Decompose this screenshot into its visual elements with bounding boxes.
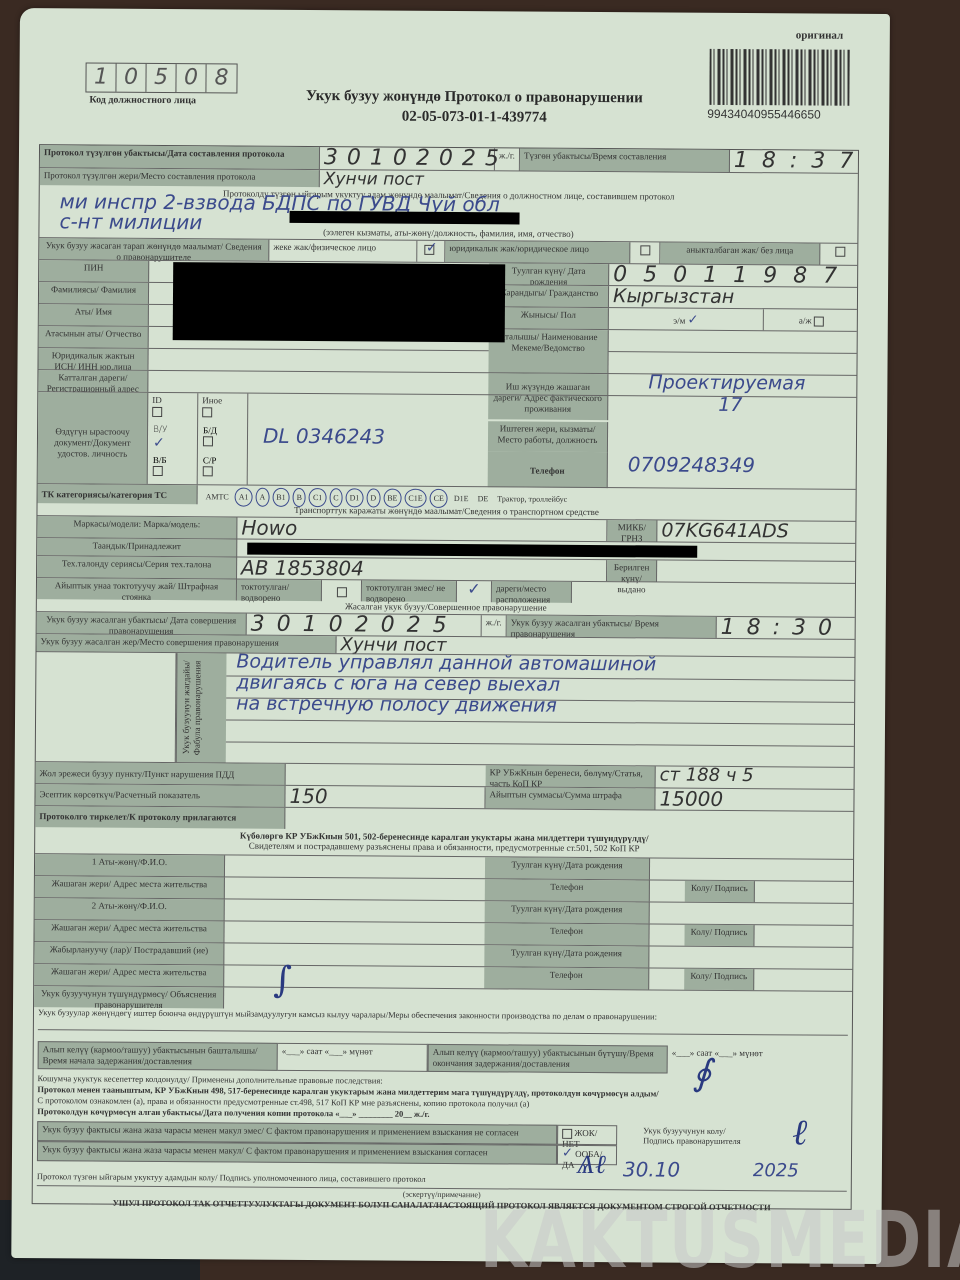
protocol-form: Протокол түзүлгөн убактысы/Дата составле…	[32, 144, 859, 1210]
dob-label: Туулган күнү/ Дата рождения	[489, 263, 609, 285]
type-unknown-checkbox[interactable]	[820, 244, 859, 265]
offender-header: Укук бузуу жасаган тарап жөнүндө маалыма…	[39, 238, 269, 261]
witness-table: 1 Аты-жөнү/Ф.И.О.Туулган күнү/Дата рожде…	[34, 853, 853, 1011]
offender-signature-label: Укук бузуучунун колу/ Подпись правонаруш…	[643, 1125, 753, 1146]
id-doc-option-bd[interactable]: Б/Д	[203, 425, 217, 446]
consent-row: Укук бузуу фактысы жана жаза чарасы мене…	[33, 1121, 851, 1167]
surname-label: Фамилиясы/ Фамилия	[39, 282, 149, 304]
witness-phone-label: Телефон	[484, 967, 649, 989]
offense-time-label: Укук бузуу жасалган убактысы/ Время прав…	[507, 615, 717, 637]
witness-phone-label: Телефон	[484, 923, 649, 945]
detention-row: Алып келүү (кармоо/ташуу) убактысынын ба…	[34, 1041, 852, 1075]
phone-value: 0709248349	[628, 452, 755, 477]
offense-plot-row: Укук бузуунун жагдайы/ Фабула правонаруш…	[36, 651, 855, 767]
attached-label: Протоколго тиркелет/К протоколу прилагаю…	[35, 806, 285, 829]
barcode	[709, 49, 849, 106]
plate-label: МИКБ/ГРНЗ	[607, 520, 657, 541]
witness-dob-label: Туулган күнү/Дата рождения	[484, 945, 649, 967]
sex-male[interactable]: э/м ✓	[609, 308, 764, 330]
not-impounded-label: токтотулган эмес/ не водворено	[362, 580, 457, 602]
redaction-block	[173, 262, 506, 342]
type-legal-checkbox[interactable]	[630, 242, 660, 263]
id-doc-row: Өздүгүн ырастоочу документ/Документ удос…	[38, 391, 857, 489]
calc-label: Эсептик көрсөткүч/Расчетный показатель	[35, 784, 285, 807]
plot-label: Укук бузуунун жагдайы/ Фабула правонаруш…	[176, 653, 227, 762]
witness-label: Укук бузуучунун түшүндүрмөсү/ Объяснения…	[34, 986, 224, 1008]
witness-label: Жабырлануучу (лар)/ Пострадавший (ие)	[34, 942, 224, 964]
offense-time-value: 18:30	[717, 617, 857, 639]
code-digit: 0	[176, 64, 206, 92]
reg-address-label: Катталган дареги/ Регистрационный адрес	[38, 370, 148, 392]
calc-value: 150	[285, 786, 485, 808]
type-legal-label: юридикалык жак/юридическое лицо	[445, 241, 630, 263]
no-option[interactable]: ЖОК/НЕТ	[557, 1125, 617, 1145]
witness-label: 1 Аты-жөнү/Ф.И.О.	[35, 854, 225, 876]
name-label: Аты/ Имя	[39, 304, 149, 326]
vehicle-model-value: Howo	[237, 518, 607, 542]
detention-end-label: Алып келүү (кармоо/ташуу) убактысынын бү…	[428, 1044, 668, 1074]
code-digit: 8	[206, 64, 236, 92]
vehicle-category-d1e[interactable]: D1E	[451, 490, 472, 507]
protocol-date-label: Протокол түзүлгөн убактысы/Дата составле…	[40, 145, 320, 169]
witness-label: Жашаган жери/ Адрес места жительства	[34, 920, 224, 942]
signature-offender-2: ℓ	[792, 1111, 807, 1153]
vehicle-category-de[interactable]: DE	[475, 490, 492, 507]
sign-year: 2025	[753, 1160, 799, 1181]
plate-value: 07KG641ADS	[657, 520, 857, 542]
id-doc-label: Өздүгүн ырастоочу документ/Документ удос…	[38, 392, 149, 484]
pdd-label: Жол эрежеси бузуу пункту/Пункт нарушения…	[36, 762, 286, 785]
attached-row: Протоколго тиркелет/К протоколу прилагаю…	[35, 805, 853, 833]
official-code-box: 1 0 5 0 8	[85, 62, 237, 93]
actual-address-line-1: Проектируемая	[648, 371, 805, 394]
pin-label: ПИН	[39, 260, 149, 282]
document-title: Укук бузуу жонүндө Протокол о правонаруш…	[274, 86, 674, 129]
location-label: дареги/место расположения	[492, 581, 572, 603]
witness-label: Жашаган жери/ Адрес места жительства	[34, 964, 224, 986]
title-text: Укук бузуу жонүндө Протокол о правонаруш…	[274, 86, 674, 109]
type-physical-checkbox[interactable]: ✓	[417, 241, 445, 262]
id-doc-option-vb[interactable]: В/Б	[153, 455, 167, 476]
impound-label: Айыптык унаа токтотуучу жай/ Штрафная ст…	[37, 578, 237, 600]
witness-dob-label: Туулган күнү/Дата рождения	[485, 857, 650, 879]
org-label: Аталышы/ Наименование Мекеме/Ведомство	[488, 329, 608, 374]
impounded-label: токтотулган/ водворено	[237, 580, 322, 602]
fine-label: Айыптын суммасы/Сумма штрафа	[485, 787, 655, 809]
witness-dob-label: Туулган күнү/Дата рождения	[485, 901, 650, 923]
citizenship-label: Жарандыгы/ Гражданство	[489, 285, 609, 307]
protocol-time-label: Түзгөн убактысы/Время составления	[520, 148, 730, 171]
vehicle-category-трактор-троллейбус[interactable]: Трактор, троллейбус	[494, 490, 570, 508]
offense-date-label: Укук бузуу жасалган убактысы/ Дата совер…	[37, 612, 247, 634]
watermark: KAKTUSMEDIA	[480, 1196, 960, 1280]
article-label: КР УБжКнын беренеси, бөлүмү/Статья, част…	[486, 765, 656, 787]
protocol-document: 1 0 5 0 8 Код должностного лица Укук буз…	[11, 8, 890, 1264]
witness-signature-label: Колу/ Подпись	[684, 925, 754, 946]
detention-start-label: Алып келүү (кармоо/ташуу) убактысынын ба…	[38, 1041, 278, 1071]
protocol-number: 02-05-073-01-1-439774	[274, 106, 674, 129]
code-digit: 0	[116, 64, 146, 92]
vehicle-owner-label: Таандык/Принадлежит	[37, 538, 237, 556]
official-code-label: Код должностного лица	[89, 94, 196, 106]
plot-text: Водитель управлял данной автомашиной дви…	[236, 652, 656, 718]
agree-label: Укук бузуу фактысы жана жаза чарасы мене…	[37, 1141, 557, 1165]
type-unknown-label: аныкталбаган жак/ без лица	[660, 242, 820, 264]
redaction-bar	[290, 211, 520, 225]
witness-signature-label: Колу/ Подпись	[685, 881, 755, 902]
protocol-place-value: Хунчи пост	[320, 170, 860, 191]
year-suffix: ж./г.	[495, 148, 520, 170]
acquainted-block: Кошумча укуктук кесепеттер колдонулду/ П…	[37, 1073, 847, 1123]
phone-label: Телефон	[488, 451, 608, 488]
plot-blank	[36, 652, 177, 762]
offense-date-value: 30102025	[247, 614, 482, 637]
issued-label: Берилген күнү/выдано	[607, 560, 657, 581]
sign-date: 30.10	[623, 1157, 680, 1181]
tech-passport-label: Тех.талонду сериясы/Серия тех.талона	[37, 556, 237, 578]
vehicle-category-амтс[interactable]: АМТС	[203, 488, 232, 505]
detention-start-time[interactable]: «___» саат «___» мүнөт	[278, 1043, 428, 1072]
not-impounded-checkbox[interactable]: ✓	[457, 581, 492, 602]
vehicle-category-label: ТК категориясы/категория ТС	[38, 484, 198, 504]
dob-value: 05011987	[609, 264, 859, 287]
citizenship-value: Кыргызстан	[609, 286, 859, 309]
witness-signature-label: Колу/ Подпись	[684, 969, 754, 990]
protocol-place-label: Протокол түзүлгөн жери/Место составления…	[40, 168, 320, 187]
official-signature-label: Протокол түзгөн ыйгарым укуктуу адамдын …	[37, 1171, 426, 1184]
witness-label: Жашаган жери/ Адрес места жительства	[35, 876, 225, 898]
tech-passport-value: AB 1853804	[237, 558, 607, 582]
witness-phone-label: Телефон	[485, 879, 650, 901]
signature-official: Ѧℓ	[577, 1150, 606, 1180]
detention-end-time[interactable]: «___» саат «___» мүнөт	[668, 1046, 818, 1075]
vehicle-model-label: Маркасы/модели: Марка/модель:	[37, 516, 237, 538]
sex-label: Жынысы/ Пол	[489, 307, 609, 329]
id-doc-option-dl[interactable]: В/У✓	[153, 425, 168, 451]
signature-offender-explanation: ∫	[273, 960, 292, 1001]
article-value: ст 188 ч 5	[656, 766, 856, 788]
code-digit: 1	[86, 63, 116, 91]
witness-label: 2 Аты-жөнү/Ф.И.О.	[35, 898, 225, 920]
signature-offender: ∮	[692, 1053, 711, 1094]
sex-female[interactable]: а/ж	[764, 309, 859, 331]
impounded-checkbox[interactable]	[322, 580, 362, 601]
legal-inn-label: Юридикалык жактын ИСН/ ИНН юр.лица	[38, 348, 148, 370]
protocol-date-value: 30102025	[320, 147, 495, 170]
protocol-time-value: 18:37	[730, 150, 860, 173]
witness-header: Күбөлөргө КР УБжКнын 501, 502-беренесинд…	[35, 829, 853, 855]
type-physical-label: жеке жак/физическое лицо	[269, 240, 417, 262]
fine-value: 15000	[655, 788, 855, 810]
original-label: оригинал	[796, 29, 843, 41]
barcode-number: 99434040955446650	[707, 107, 821, 122]
year-suffix: ж./г.	[482, 615, 507, 636]
patronymic-label: Атасынын аты/ Отчество	[39, 326, 149, 348]
id-doc-number: DL 0346243	[263, 424, 385, 449]
id-doc-option-sr[interactable]: С/Р	[203, 455, 217, 476]
work-label: Иштеген жери, кызматы/ Место работы, дол…	[488, 421, 608, 452]
code-digit: 5	[146, 64, 176, 92]
